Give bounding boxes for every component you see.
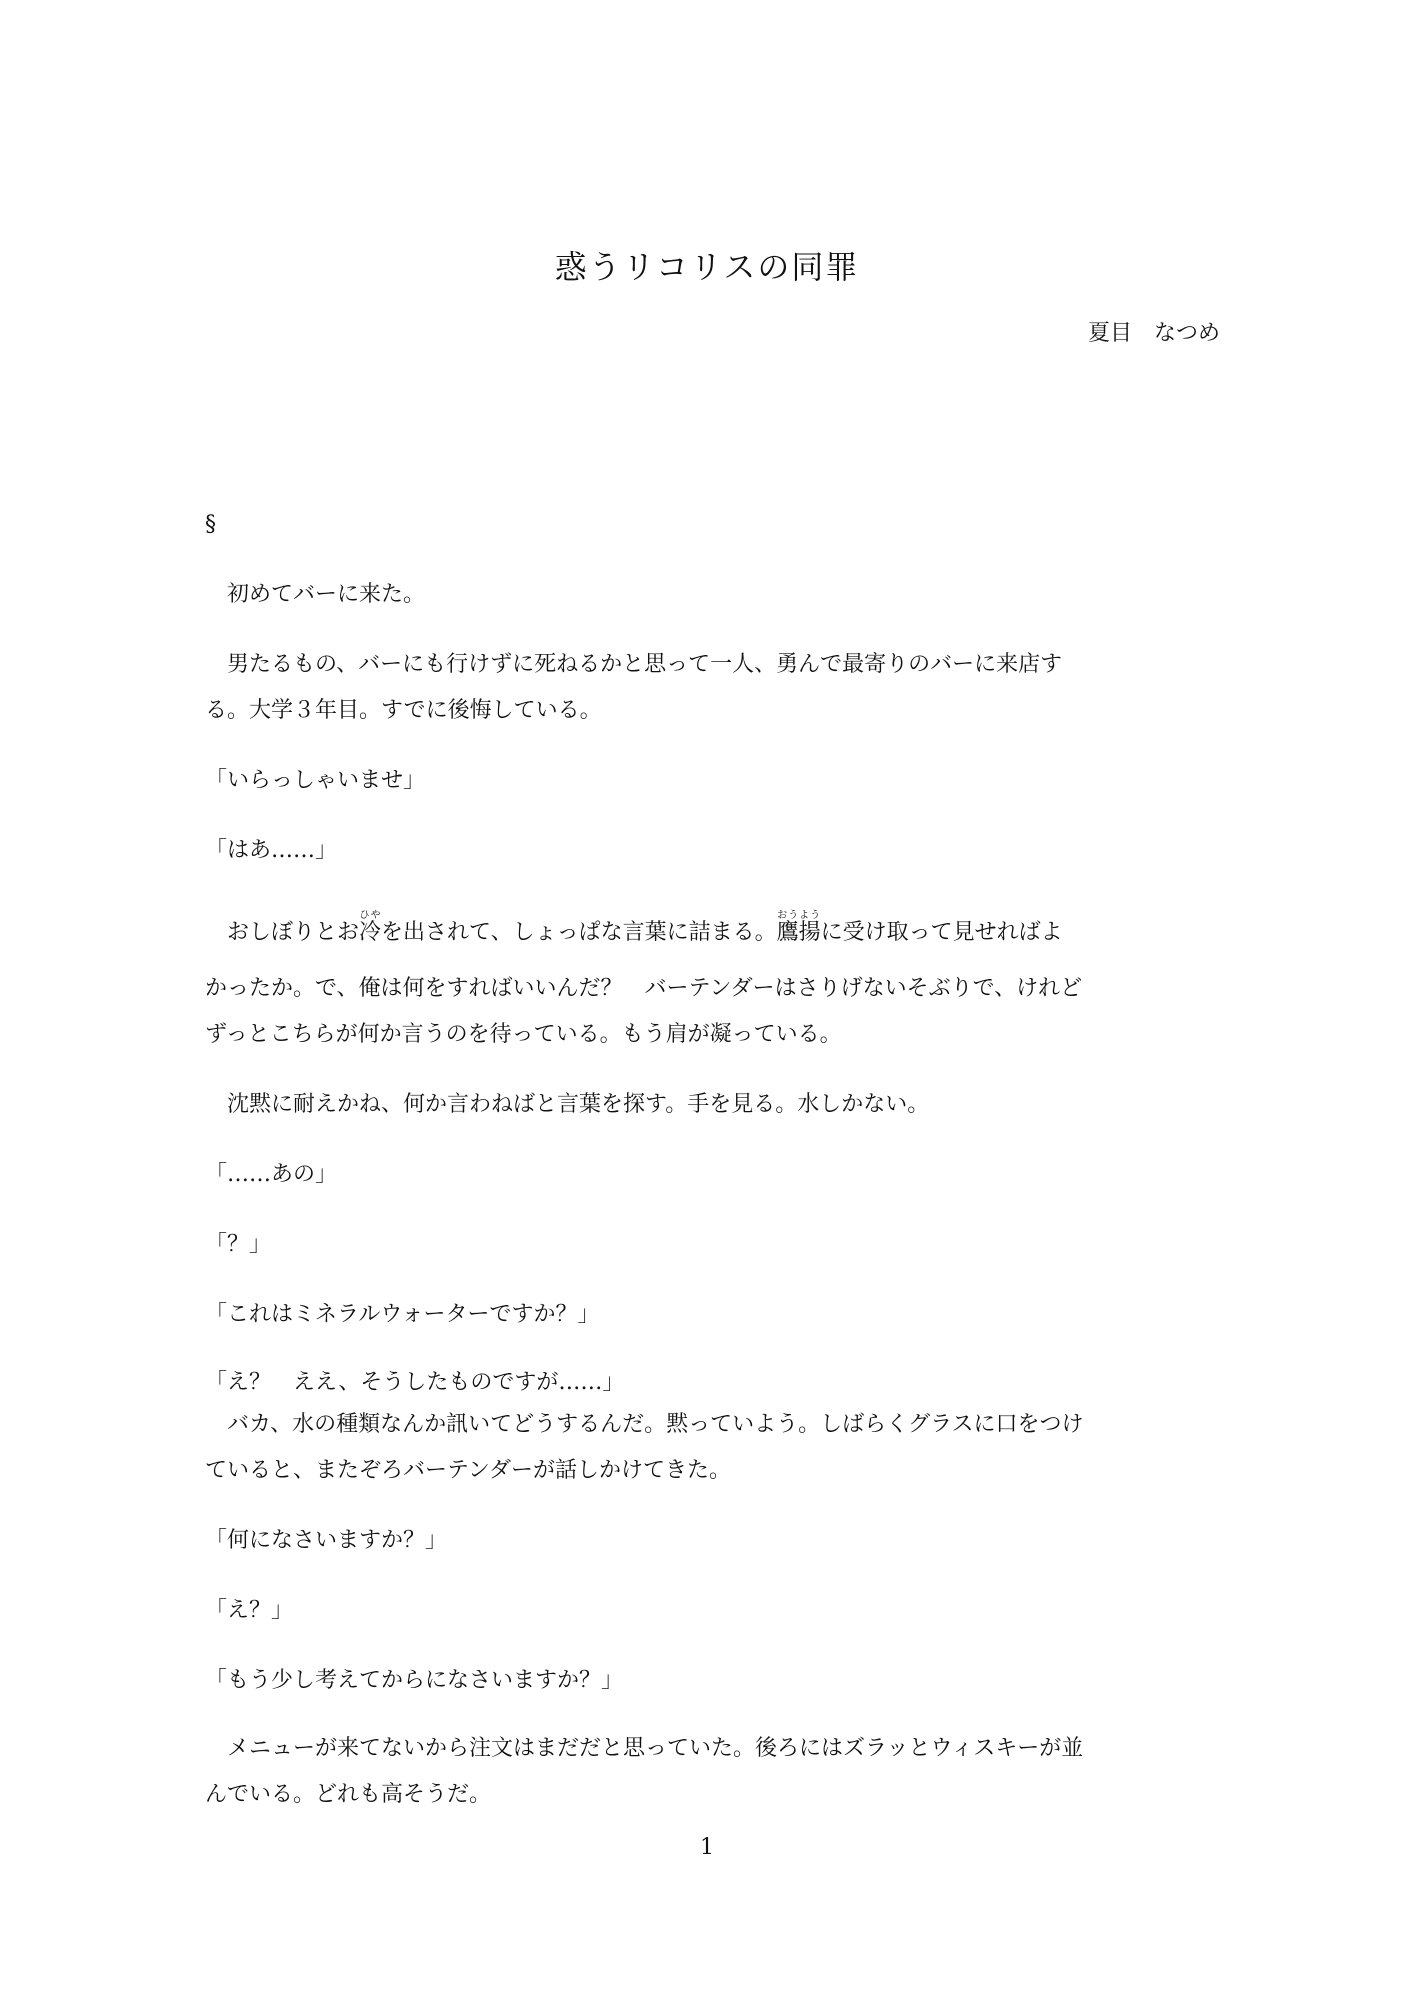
paragraph-line: 男たるもの、バーにも行けずに死ねるかと思って一人、勇んで最寄りのバーに来店す	[205, 648, 1239, 682]
ruby-reading: ひや	[359, 910, 381, 921]
dialogue-line: 「何になさいますか？」	[205, 1524, 1217, 1558]
ruby-base: 冷	[359, 920, 381, 945]
section-mark: §	[205, 508, 1217, 542]
dialogue-line: 「もう少し考えてからになさいますか？」	[205, 1664, 1217, 1698]
ruby-base: 鷹揚	[777, 920, 821, 945]
document-title: 惑うリコリスの同罪	[0, 242, 1414, 288]
text-segment: に受け取って見せればよ	[821, 920, 1063, 945]
dialogue-line: 「はあ……」	[205, 834, 1217, 868]
paragraph-line: かったか。で、俺は何をすればいいんだ？ バーテンダーはさりげないそぶりで、けれど	[205, 972, 1217, 1006]
dialogue-line: 「いらっしゃいませ」	[205, 764, 1217, 798]
text-segment: おしぼりとお	[227, 920, 359, 945]
ruby-reading: おうよう	[777, 910, 821, 921]
ruby-annotation: 鷹揚おうよう	[777, 920, 821, 945]
dialogue-line: 「？」	[205, 1228, 1217, 1262]
dialogue-line: 「え？」	[205, 1594, 1217, 1628]
paragraph-line: バカ、水の種類なんか訊いてどうするんだ。黙っていよう。しばらくグラスに口をつけ	[205, 1408, 1239, 1442]
paragraph-line-with-ruby: おしぼりとお冷ひやを出されて、しょっぱな言葉に詰まる。鷹揚おうように受け取って見…	[205, 910, 1239, 950]
paragraph-line: 沈黙に耐えかね、何か言わねばと言葉を探す。手を見る。水しかない。	[205, 1088, 1239, 1122]
dialogue-line: 「……あの」	[205, 1158, 1217, 1192]
text-segment: を出されて、しょっぱな言葉に詰まる。	[381, 920, 777, 945]
ruby-annotation: 冷ひや	[359, 920, 381, 945]
paragraph-line: んでいる。どれも高そうだ。	[205, 1778, 1217, 1812]
dialogue-line: 「え？ ええ、そうしたものですが……」	[205, 1366, 1217, 1400]
author-name: 夏目 なつめ	[1088, 316, 1220, 347]
paragraph-line: ていると、またぞろバーテンダーが話しかけてきた。	[205, 1454, 1217, 1488]
paragraph-line: メニューが来てないから注文はまだだと思っていた。後ろにはズラッとウィスキーが並	[205, 1732, 1239, 1766]
paragraph-line: ずっとこちらが何か言うのを待っている。もう肩が凝っている。	[205, 1018, 1217, 1052]
dialogue-line: 「これはミネラルウォーターですか？」	[205, 1298, 1217, 1332]
paragraph-line: 初めてバーに来た。	[205, 578, 1239, 612]
paragraph-line: る。大学３年目。すでに後悔している。	[205, 694, 1217, 728]
page-number: 1	[0, 1835, 1414, 1860]
